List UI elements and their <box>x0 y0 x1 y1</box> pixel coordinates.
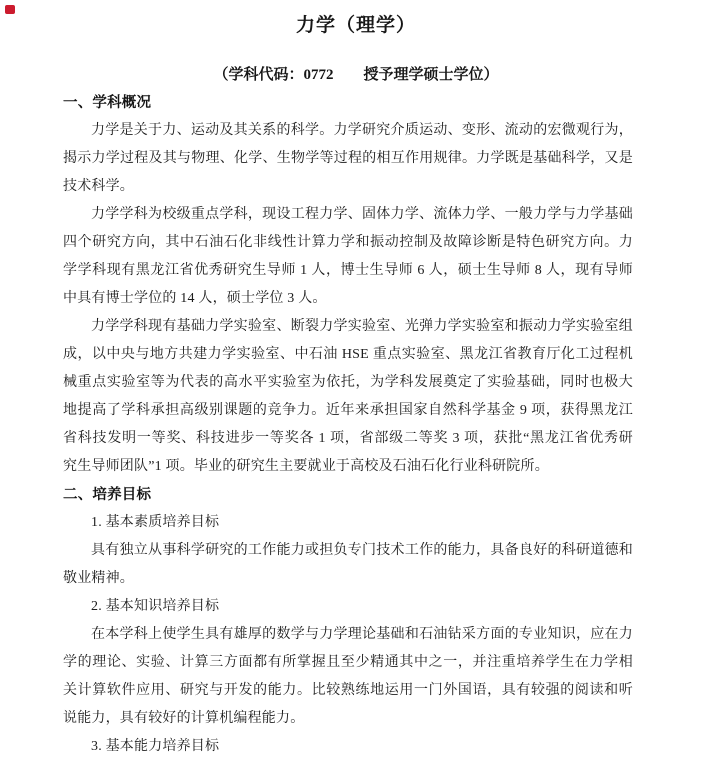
text-line: 具有独立从事科学研究的工作能力或担负专门技术工作的能力，具备良好的科研道德和 <box>63 537 633 565</box>
text-line: 究生导师团队”1 项。毕业的研究生主要就业于高校及石油石化行业科研院所。 <box>63 453 633 481</box>
text-line: 中具有博士学位的 14 人，硕士学位 3 人。 <box>63 285 633 313</box>
text-line: 二、培养目标 <box>63 481 633 509</box>
text-line: 成，以中央与地方共建力学实验室、中石油 HSE 重点实验室、黑龙江省教育厅化工过… <box>63 341 633 369</box>
text-line: 省科技发明一等奖、科技进步一等奖各 1 项，省部级二等奖 3 项，获批“黑龙江省… <box>63 425 633 453</box>
text-line: 1. 基本素质培养目标 <box>63 509 633 537</box>
text-line: 说能力，具有较好的计算机编程能力。 <box>63 705 633 733</box>
text-line: 敬业精神。 <box>63 565 633 593</box>
page-subtitle: （学科代码：0772 授予理学硕士学位） <box>0 63 712 84</box>
text-line: 力学学科现有基础力学实验室、断裂力学实验室、光弹力学实验室和振动力学实验室组 <box>63 313 633 341</box>
text-line: 3. 基本能力培养目标 <box>63 733 633 761</box>
page-title: 力学（理学） <box>0 10 712 37</box>
text-line: 力学学科为校级重点学科，现设工程力学、固体力学、流体力学、一般力学与力学基础 <box>63 201 633 229</box>
text-line: 地提高了学科承担高级别课题的竞争力。近年来承担国家自然科学基金 9 项，获得黑龙… <box>63 397 633 425</box>
text-line: 2. 基本知识培养目标 <box>63 593 633 621</box>
text-line: 学的理论、实验、计算三方面都有所掌握且至少精通其中之一，并注重培养学生在力学相 <box>63 649 633 677</box>
document-body: 一、学科概况力学是关于力、运动及其关系的科学。力学研究介质运动、变形、流动的宏微… <box>63 89 633 761</box>
text-line: 四个研究方向，其中石油石化非线性计算力学和振动控制及故障诊断是特色研究方向。力 <box>63 229 633 257</box>
text-line: 技术科学。 <box>63 173 633 201</box>
text-line: 械重点实验室等为代表的高水平实验室为依托，为学科发展奠定了实验基础，同时也极大 <box>63 369 633 397</box>
text-line: 一、学科概况 <box>63 89 633 117</box>
text-line: 学学科现有黑龙江省优秀研究生导师 1 人，博士生导师 6 人，硕士生导师 8 人… <box>63 257 633 285</box>
text-line: 关计算软件应用、研究与开发的能力。比较熟练地运用一门外国语，具有较强的阅读和听 <box>63 677 633 705</box>
document-page: { "page": { "title": "力学（理学）", "subtitle… <box>0 0 712 763</box>
text-line: 揭示力学过程及其与物理、化学、生物学等过程的相互作用规律。力学既是基础科学，又是 <box>63 145 633 173</box>
text-line: 力学是关于力、运动及其关系的科学。力学研究介质运动、变形、流动的宏微观行为， <box>63 117 633 145</box>
text-line: 在本学科上使学生具有雄厚的数学与力学理论基础和石油钻采方面的专业知识，应在力 <box>63 621 633 649</box>
